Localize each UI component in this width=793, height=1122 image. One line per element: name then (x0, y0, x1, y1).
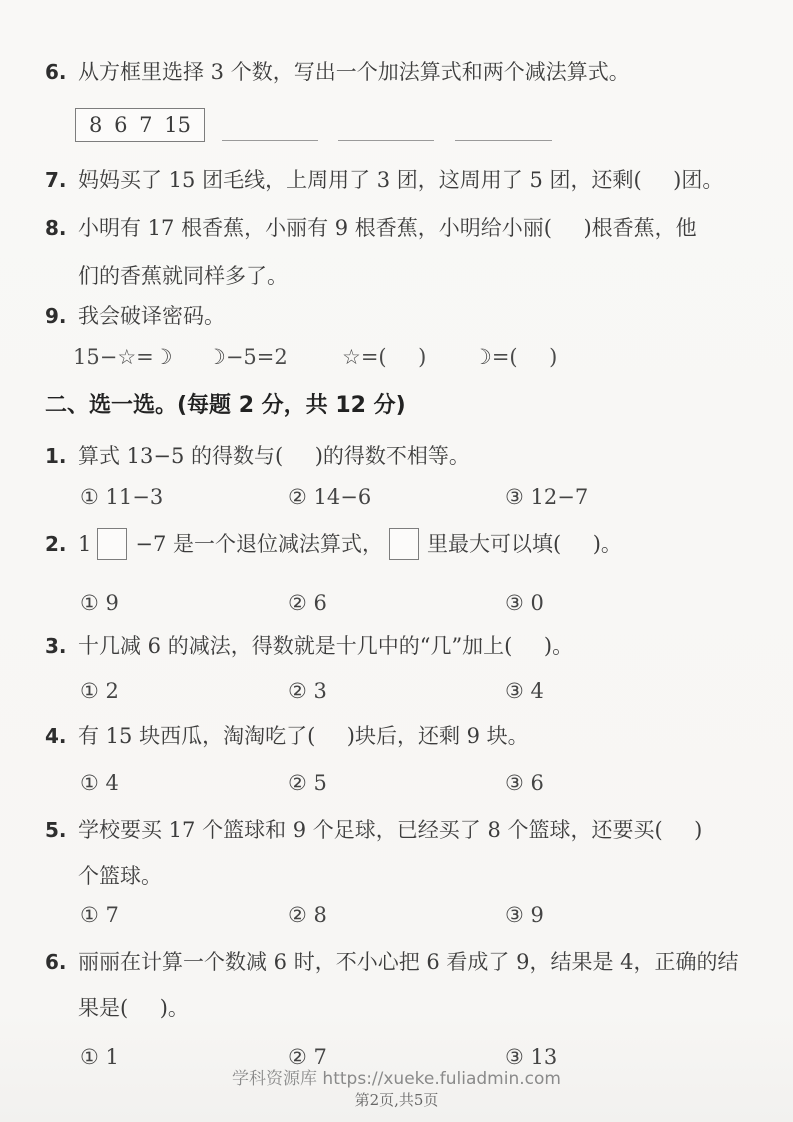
options-row: ① 2 ② 3 ③ 4 (80, 676, 748, 706)
box-number: 8 (89, 113, 102, 137)
question-text: 算式 13−5 的得数与( )的得数不相等。 (78, 444, 470, 468)
question-number: 6. (45, 946, 78, 978)
option: ③ 6 (505, 768, 748, 798)
options-row: ① 11−3 ② 14−6 ③ 12−7 (80, 482, 748, 512)
question-number: 7. (45, 164, 78, 196)
question-text: 小明有 17 根香蕉，小丽有 9 根香蕉，小明给小丽( )根香蕉，他 (78, 216, 697, 240)
question-choice-5-line2: 个篮球。 (78, 860, 788, 892)
box-number: 7 (139, 113, 152, 137)
numbers-box: 8 6 7 15 (75, 108, 205, 142)
question-number: 1. (45, 440, 78, 472)
option: ① 7 (80, 900, 288, 930)
question-text: 们的香蕉就同样多了。 (78, 264, 288, 288)
options-row: ① 7 ② 8 ③ 9 (80, 900, 748, 930)
option: ③ 9 (505, 900, 748, 930)
equation: 15−☆=☽ (73, 340, 207, 374)
fill-box (389, 528, 419, 560)
question-text: 果是( )。 (78, 996, 189, 1020)
box-number: 6 (114, 113, 127, 137)
answer-line (222, 137, 318, 141)
question-choice-5: 5.学校要买 17 个篮球和 9 个足球，已经买了 8 个篮球，还要买( ) (45, 814, 755, 846)
fill-box (97, 528, 127, 560)
question-text: 学校要买 17 个篮球和 9 个足球，已经买了 8 个篮球，还要买( ) (78, 818, 702, 842)
question-text: 1 (78, 532, 91, 556)
question-fill-6: 6.从方框里选择 3 个数，写出一个加法算式和两个减法算式。 (45, 56, 755, 88)
question-choice-6: 6.丽丽在计算一个数减 6 时，不小心把 6 看成了 9，结果是 4，正确的结 (45, 946, 755, 978)
footer-source-link[interactable]: 学科资源库 https://xueke.fuliadmin.com (0, 1068, 793, 1090)
question-fill-8: 8.小明有 17 根香蕉，小丽有 9 根香蕉，小明给小丽( )根香蕉，他 (45, 212, 755, 244)
question-text: −7 是一个退位减法算式， (135, 532, 383, 556)
worksheet-page: 6.从方框里选择 3 个数，写出一个加法算式和两个减法算式。 8 6 7 15 … (0, 0, 793, 1122)
option: ② 3 (288, 676, 505, 706)
answer-line (338, 137, 434, 141)
question-text: 十几减 6 的减法，得数就是十几中的“几”加上( )。 (78, 634, 573, 658)
equation: ☽=( ) (473, 340, 753, 374)
question-number: 8. (45, 212, 78, 244)
options-row: ① 9 ② 6 ③ 0 (80, 588, 748, 618)
option: ③ 12−7 (505, 482, 748, 512)
option: ② 14−6 (288, 482, 505, 512)
question-text: 从方框里选择 3 个数，写出一个加法算式和两个减法算式。 (78, 60, 630, 84)
code-equations-row: 15−☆=☽ ☽−5=2 ☆=( ) ☽=( ) (73, 340, 753, 374)
equation: ☽−5=2 (207, 340, 342, 374)
number-choice-row: 8 6 7 15 (75, 108, 552, 142)
option: ② 5 (288, 768, 505, 798)
question-choice-1: 1.算式 13−5 的得数与( )的得数不相等。 (45, 440, 755, 472)
question-text: 有 15 块西瓜，淘淘吃了( )块后，还剩 9 块。 (78, 724, 529, 748)
question-text: 个篮球。 (78, 864, 162, 888)
answer-line (455, 137, 552, 141)
option: ② 8 (288, 900, 505, 930)
box-number: 15 (164, 113, 191, 137)
question-text: 我会破译密码。 (78, 304, 225, 328)
option: ① 9 (80, 588, 288, 618)
question-choice-4: 4.有 15 块西瓜，淘淘吃了( )块后，还剩 9 块。 (45, 720, 755, 752)
option: ① 4 (80, 768, 288, 798)
question-number: 2. (45, 528, 78, 560)
option: ③ 0 (505, 588, 748, 618)
options-row: ① 4 ② 5 ③ 6 (80, 768, 748, 798)
question-number: 4. (45, 720, 78, 752)
question-text: 妈妈买了 15 团毛线，上周用了 3 团，这周用了 5 团，还剩( )团。 (78, 168, 723, 192)
section-header: 二、选一选。(每题 2 分，共 12 分) (45, 390, 755, 422)
option: ② 6 (288, 588, 505, 618)
question-number: 9. (45, 300, 78, 332)
question-choice-2: 2.1−7 是一个退位减法算式，里最大可以填( )。 (45, 528, 755, 560)
question-text: 丽丽在计算一个数减 6 时，不小心把 6 看成了 9，结果是 4，正确的结 (78, 950, 739, 974)
question-choice-3: 3.十几减 6 的减法，得数就是十几中的“几”加上( )。 (45, 630, 755, 662)
footer-page-number: 第2页,共5页 (0, 1090, 793, 1110)
question-number: 6. (45, 56, 78, 88)
question-text: 里最大可以填( )。 (427, 532, 622, 556)
question-fill-7: 7.妈妈买了 15 团毛线，上周用了 3 团，这周用了 5 团，还剩( )团。 (45, 164, 755, 196)
question-number: 5. (45, 814, 78, 846)
option: ③ 4 (505, 676, 748, 706)
question-choice-6-line2: 果是( )。 (78, 992, 788, 1024)
option: ① 2 (80, 676, 288, 706)
equation: ☆=( ) (342, 340, 473, 374)
question-number: 3. (45, 630, 78, 662)
question-fill-9: 9.我会破译密码。 (45, 300, 755, 332)
question-fill-8-line2: 们的香蕉就同样多了。 (78, 260, 788, 292)
option: ① 11−3 (80, 482, 288, 512)
